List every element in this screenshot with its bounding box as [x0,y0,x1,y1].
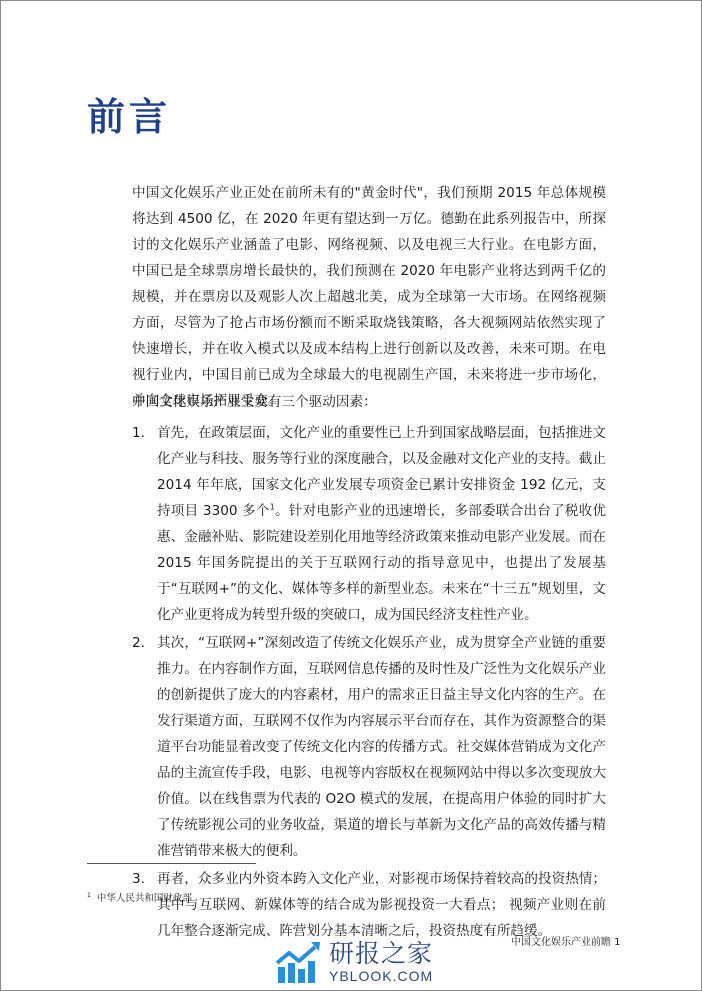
footnote-text: 中华人民共和国财政部 [97,893,192,904]
list-number: 1. [132,420,145,446]
watermark-cn: 研报之家 [329,940,433,968]
watermark-en: YBLOOK.COM [329,968,433,984]
document-page: 前言 中国文化娱乐产业正处在前所未有的"黄金时代"，我们预期 2015 年总体规… [0,0,702,991]
watermark-logo: 研报之家 YBLOOK.COM [275,937,445,987]
list-number: 2. [132,630,145,656]
drivers-lead: 中国文化娱乐产业主要有三个驱动因素： [132,389,606,415]
drivers-list: 1. 首先，在政策层面，文化产业的重要性已上升到国家战略层面，包括推进文化产业与… [132,420,606,946]
page-title: 前言 [87,93,171,141]
list-number: 3. [132,866,145,892]
driver-text-part2: 。针对电影产业的迅速增长，多部委联合出台了税收优惠、金融补贴、影院建设差别化用地… [157,503,606,623]
driver-text: 再者，众多业内外资本跨入文化产业，对影视市场保持着较高的投资热情；其中与互联网、… [157,871,606,939]
driver-text: 其次，“互联网+”深刻改造了传统文化娱乐产业，成为贯穿全产业链的重要推力。在内容… [157,635,606,859]
footnote: 1中华人民共和国财政部 [87,890,192,904]
bar-chart-arrow-icon [275,939,321,985]
footnote-divider [87,863,256,864]
driver-item-1: 1. 首先，在政策层面，文化产业的重要性已上升到国家战略层面，包括推进文化产业与… [132,420,606,628]
running-footer-page-number: 中国文化娱乐产业前瞻 1 [511,933,621,948]
footnote-mark: 1 [87,892,91,899]
driver-item-2: 2. 其次，“互联网+”深刻改造了传统文化娱乐产业，成为贯穿全产业链的重要推力。… [132,630,606,864]
intro-paragraph: 中国文化娱乐产业正处在前所未有的"黄金时代"，我们预期 2015 年总体规模将达… [132,180,606,414]
